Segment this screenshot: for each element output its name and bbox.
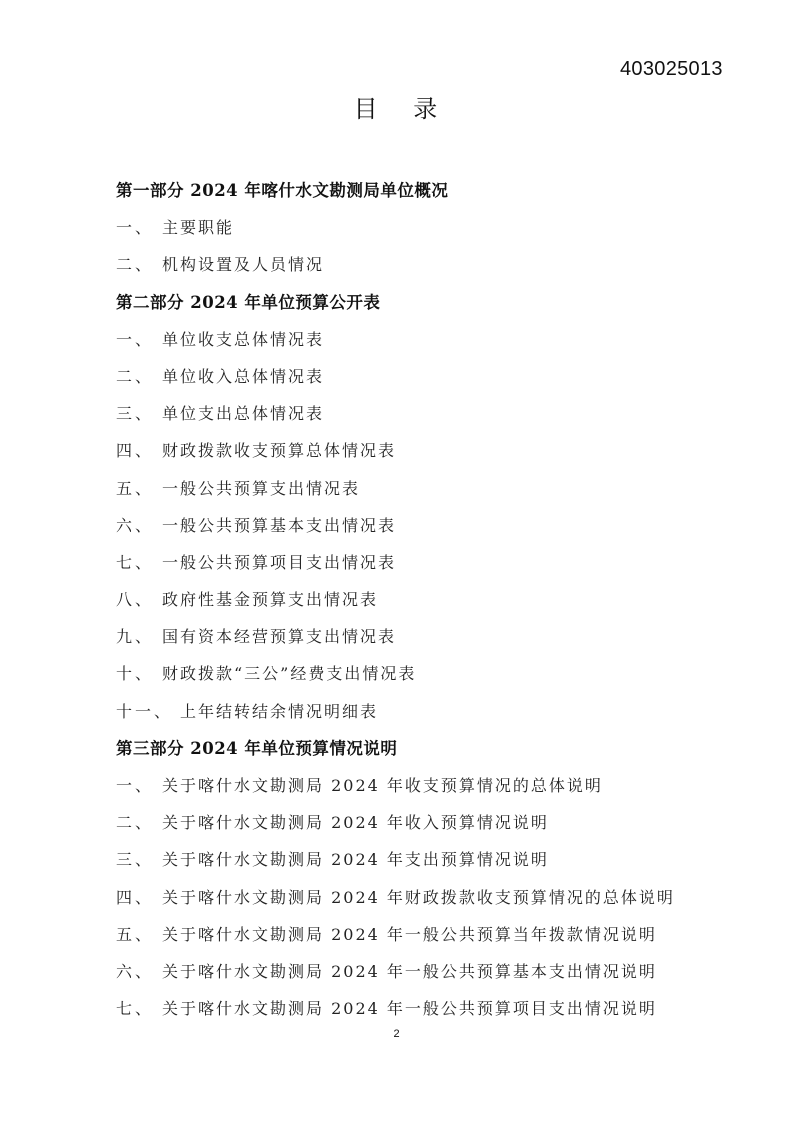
toc-item-number: 四、 — [116, 432, 162, 469]
toc-item[interactable]: 六、一般公共预算基本支出情况表 — [116, 507, 756, 544]
toc-item[interactable]: 四、财政拨款收支预算总体情况表 — [116, 432, 756, 469]
toc-item-number: 一、 — [116, 767, 162, 804]
toc-item-number: 三、 — [116, 395, 162, 432]
toc-item[interactable]: 二、单位收入总体情况表 — [116, 358, 756, 395]
toc-item-number: 二、 — [116, 358, 162, 395]
page-title: 目 录 — [0, 89, 793, 124]
toc-part3-heading[interactable]: 第三部分 2024 年单位预算情况说明 — [116, 730, 756, 767]
toc-item-number: 一、 — [116, 209, 162, 246]
toc-item-number: 九、 — [116, 618, 162, 655]
toc-item[interactable]: 七、关于喀什水文勘测局 2024 年一般公共预算项目支出情况说明 — [116, 990, 756, 1027]
toc-item[interactable]: 九、国有资本经营预算支出情况表 — [116, 618, 756, 655]
toc-item-number: 六、 — [116, 953, 162, 990]
toc-item-label: 财政拨款收支预算总体情况表 — [162, 441, 396, 460]
toc-item[interactable]: 一、单位收支总体情况表 — [116, 321, 756, 358]
toc-part1-heading[interactable]: 第一部分 2024 年喀什水文勘测局单位概况 — [116, 172, 756, 209]
toc-item-label: 关于喀什水文勘测局 2024 年支出预算情况说明 — [162, 850, 549, 869]
toc-item-label: 财政拨款“三公”经费支出情况表 — [162, 664, 416, 683]
toc-item[interactable]: 一、关于喀什水文勘测局 2024 年收支预算情况的总体说明 — [116, 767, 756, 804]
toc-item-label: 关于喀什水文勘测局 2024 年收支预算情况的总体说明 — [162, 776, 603, 795]
toc-item-label: 关于喀什水文勘测局 2024 年财政拨款收支预算情况的总体说明 — [162, 888, 675, 907]
toc-item-label: 关于喀什水文勘测局 2024 年一般公共预算项目支出情况说明 — [162, 999, 657, 1018]
toc-item-number: 十一、 — [116, 693, 180, 730]
toc-item[interactable]: 二、关于喀什水文勘测局 2024 年收入预算情况说明 — [116, 804, 756, 841]
toc-item-number: 五、 — [116, 916, 162, 953]
toc-item-label: 关于喀什水文勘测局 2024 年收入预算情况说明 — [162, 813, 549, 832]
page-number: 2 — [0, 1028, 793, 1040]
toc-item-label: 主要职能 — [162, 218, 234, 237]
toc-item-number: 六、 — [116, 507, 162, 544]
toc-item[interactable]: 二、机构设置及人员情况 — [116, 246, 756, 283]
toc-item-label: 单位支出总体情况表 — [162, 404, 324, 423]
toc-item-number: 七、 — [116, 990, 162, 1027]
toc-item[interactable]: 十一、上年结转结余情况明细表 — [116, 693, 756, 730]
toc-item-label: 一般公共预算支出情况表 — [162, 479, 360, 498]
toc-item[interactable]: 五、一般公共预算支出情况表 — [116, 470, 756, 507]
toc-item-label: 一般公共预算基本支出情况表 — [162, 516, 396, 535]
toc-item[interactable]: 十、财政拨款“三公”经费支出情况表 — [116, 655, 756, 692]
toc-item-label: 单位收支总体情况表 — [162, 330, 324, 349]
toc-item[interactable]: 七、一般公共预算项目支出情况表 — [116, 544, 756, 581]
toc-item-number: 八、 — [116, 581, 162, 618]
toc-item[interactable]: 一、主要职能 — [116, 209, 756, 246]
toc-item-number: 五、 — [116, 470, 162, 507]
toc-item-number: 二、 — [116, 246, 162, 283]
toc-item-number: 十、 — [116, 655, 162, 692]
toc-item[interactable]: 三、关于喀什水文勘测局 2024 年支出预算情况说明 — [116, 841, 756, 878]
toc-item-number: 一、 — [116, 321, 162, 358]
toc-item-label: 单位收入总体情况表 — [162, 367, 324, 386]
toc-item[interactable]: 三、单位支出总体情况表 — [116, 395, 756, 432]
document-code: 403025013 — [620, 58, 723, 81]
toc-item-label: 关于喀什水文勘测局 2024 年一般公共预算基本支出情况说明 — [162, 962, 657, 981]
toc-item-label: 关于喀什水文勘测局 2024 年一般公共预算当年拨款情况说明 — [162, 925, 657, 944]
toc-item-label: 上年结转结余情况明细表 — [180, 702, 378, 721]
toc-item-number: 二、 — [116, 804, 162, 841]
table-of-contents: 第一部分 2024 年喀什水文勘测局单位概况 一、主要职能 二、机构设置及人员情… — [116, 172, 756, 1027]
toc-part2-heading[interactable]: 第二部分 2024 年单位预算公开表 — [116, 284, 756, 321]
toc-item-number: 七、 — [116, 544, 162, 581]
toc-item-label: 政府性基金预算支出情况表 — [162, 590, 378, 609]
toc-item[interactable]: 五、关于喀什水文勘测局 2024 年一般公共预算当年拨款情况说明 — [116, 916, 756, 953]
toc-item[interactable]: 六、关于喀什水文勘测局 2024 年一般公共预算基本支出情况说明 — [116, 953, 756, 990]
toc-item-number: 三、 — [116, 841, 162, 878]
toc-item-label: 国有资本经营预算支出情况表 — [162, 627, 396, 646]
toc-item-label: 机构设置及人员情况 — [162, 255, 324, 274]
toc-item-number: 四、 — [116, 879, 162, 916]
toc-item[interactable]: 八、政府性基金预算支出情况表 — [116, 581, 756, 618]
toc-item[interactable]: 四、关于喀什水文勘测局 2024 年财政拨款收支预算情况的总体说明 — [116, 879, 756, 916]
toc-item-label: 一般公共预算项目支出情况表 — [162, 553, 396, 572]
